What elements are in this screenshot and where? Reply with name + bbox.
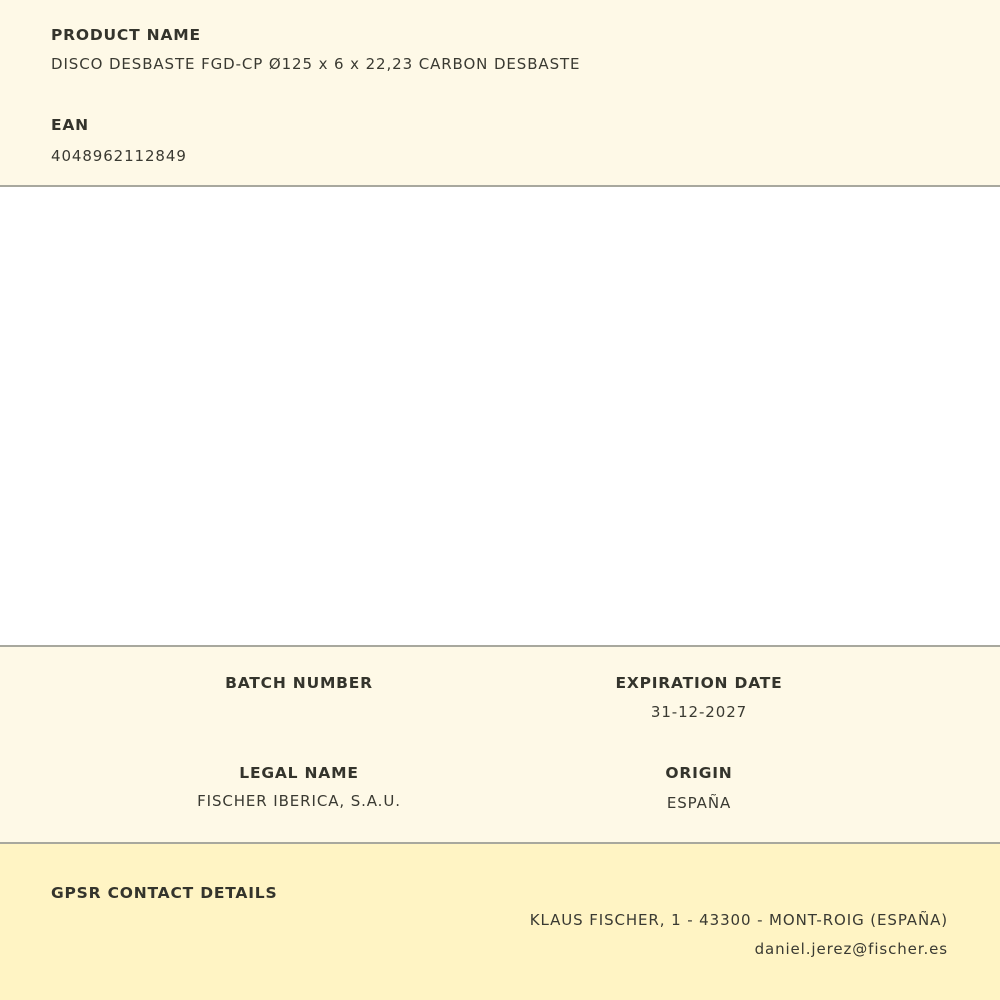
batch-number-label: BATCH NUMBER bbox=[225, 674, 373, 692]
details-section: BATCH NUMBER EXPIRATION DATE 31-12-2027 … bbox=[0, 645, 1000, 844]
origin-value: ESPAÑA bbox=[667, 794, 731, 812]
expiration-date-value: 31-12-2027 bbox=[651, 703, 747, 721]
gpsr-email: daniel.jerez@fischer.es bbox=[755, 940, 948, 958]
blank-area bbox=[0, 187, 1000, 645]
product-name-value: DISCO DESBASTE FGD-CP Ø125 x 6 x 22,23 C… bbox=[51, 55, 580, 73]
legal-name-value: FISCHER IBERICA, S.A.U. bbox=[197, 792, 401, 810]
expiration-date-label: EXPIRATION DATE bbox=[615, 674, 782, 692]
gpsr-address: KLAUS FISCHER, 1 - 43300 - MONT-ROIG (ES… bbox=[530, 911, 948, 929]
legal-name-label: LEGAL NAME bbox=[239, 764, 358, 782]
product-name-label: PRODUCT NAME bbox=[51, 26, 201, 44]
gpsr-contact-section: GPSR CONTACT DETAILS KLAUS FISCHER, 1 - … bbox=[0, 844, 1000, 1000]
product-info-section: PRODUCT NAME DISCO DESBASTE FGD-CP Ø125 … bbox=[0, 0, 1000, 187]
ean-value: 4048962112849 bbox=[51, 147, 187, 165]
ean-label: EAN bbox=[51, 116, 89, 134]
gpsr-contact-label: GPSR CONTACT DETAILS bbox=[51, 884, 277, 902]
origin-label: ORIGIN bbox=[665, 764, 732, 782]
